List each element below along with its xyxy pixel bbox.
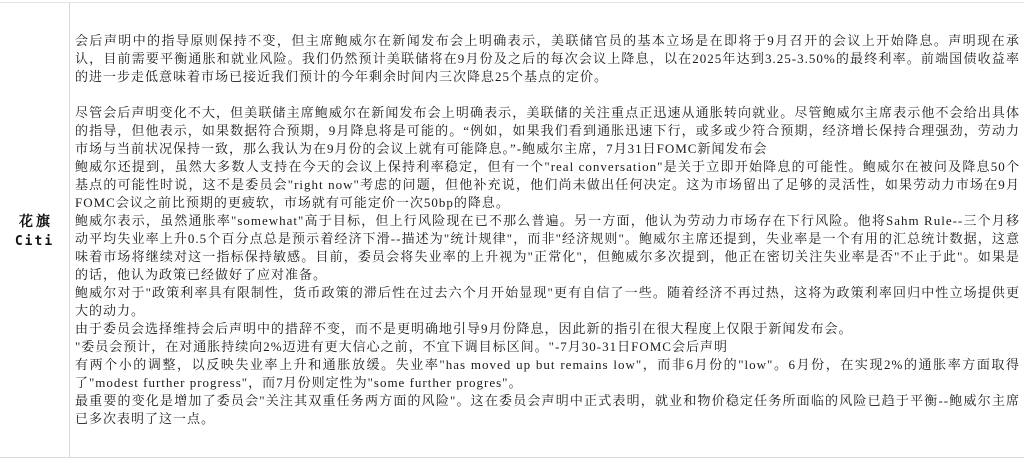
commentary-paragraph: 有两个小的调整，以反映失业率上升和通胀放缓。失业率"has moved up b… bbox=[75, 356, 1020, 392]
commentary-text-cell: 会后声明中的指导原则保持不变，但主席鲍威尔在新闻发布会上明确表示，美联储官员的基… bbox=[70, 3, 1024, 457]
commentary-paragraph: 鲍威尔表示，虽然通胀率"somewhat"高于目标，但上行风险现在已不那么普遍。… bbox=[75, 212, 1020, 284]
source-label-cell: 花旗 Citi bbox=[0, 3, 70, 457]
commentary-paragraph: 尽管会后声明变化不大，但美联储主席鲍威尔在新闻发布会上明确表示，美联储的关注重点… bbox=[75, 104, 1020, 158]
commentary-paragraph: 鲍威尔对于"政策利率具有限制性，货币政策的滞后性在过去六个月开始显现"更有自信了… bbox=[75, 284, 1020, 320]
commentary-paragraph: "委员会预计，在对通胀持续向2%迈进有更大信心之前，不宜下调目标区间。"-7月3… bbox=[75, 338, 1020, 356]
commentary-paragraph: 鲍威尔还提到，虽然大多数人支持在今天的会议上保持利率稳定，但有一个"real c… bbox=[75, 158, 1020, 212]
commentary-paragraph: 由于委员会选择维持会后声明中的措辞不变，而不是更明确地引导9月份降息，因此新的指… bbox=[75, 320, 1020, 338]
summary-paragraph: 会后声明中的指导原则保持不变，但主席鲍威尔在新闻发布会上明确表示，美联储官员的基… bbox=[75, 32, 1020, 86]
source-name-zh: 花旗 bbox=[19, 211, 53, 231]
analyst-commentary-table: 花旗 Citi 会后声明中的指导原则保持不变，但主席鲍威尔在新闻发布会上明确表示… bbox=[0, 2, 1024, 458]
document-page: 花旗 Citi 会后声明中的指导原则保持不变，但主席鲍威尔在新闻发布会上明确表示… bbox=[0, 0, 1024, 471]
source-name-en: Citi bbox=[15, 234, 54, 249]
commentary-paragraph: 最重要的变化是增加了委员会"关注其双重任务两方面的风险"。这在委员会声明中正式表… bbox=[75, 392, 1020, 428]
